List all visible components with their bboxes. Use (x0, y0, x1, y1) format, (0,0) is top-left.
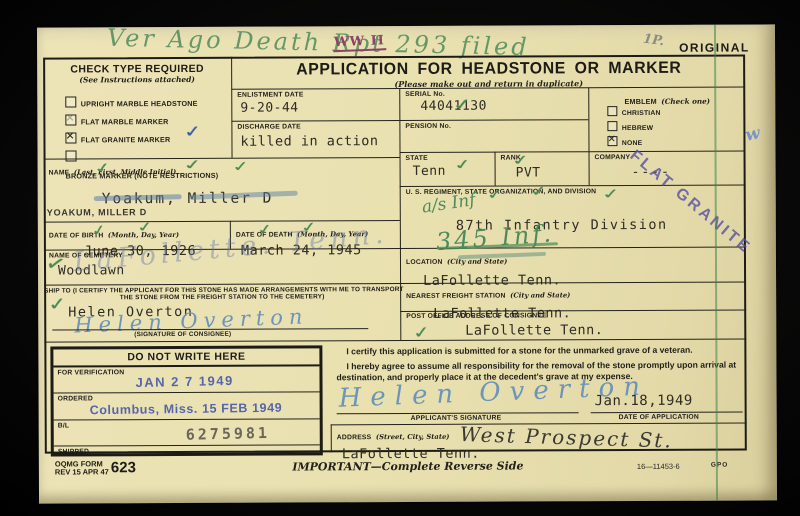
enlistment-date-value: 9-20-44 (240, 100, 399, 116)
check-type-title: CHECK TYPE REQUIRED (43, 63, 231, 76)
discharge-date-label: DISCHARGE DATE (237, 123, 399, 131)
freight-station-label: NEAREST FREIGHT STATION (406, 293, 506, 300)
form-title-block: APPLICATION FOR HEADSTONE OR MARKER (Ple… (231, 55, 745, 89)
checkbox-christian (607, 106, 617, 116)
check-type-subtitle: (See Instructions attached) (43, 75, 231, 85)
po-address-label: POST OFFICE ADDRESS OF CONSIGNEE (406, 312, 746, 320)
form-title: APPLICATION FOR HEADSTONE OR MARKER (296, 59, 681, 80)
x-mark: ✕ (607, 134, 615, 145)
field-pension-no: PENSION No. (399, 119, 588, 152)
certification-para1: I certify this application is submitted … (336, 345, 742, 357)
option-flat-granite: ✕ FLAT GRANITE MARKER (65, 129, 170, 147)
field-ship-to: SHIP TO (I CERTIFY THE APPLICANT FOR THI… (44, 283, 400, 342)
gpo-label: GPO (711, 462, 728, 469)
checkbox-none: ✕ (607, 136, 617, 146)
consignee-signature-label: (SIGNATURE OF CONSIGNEE) (134, 331, 231, 338)
location-label-note: (City and State) (447, 258, 507, 266)
checkbox-flat-marble: ✕ (65, 115, 76, 126)
applicant-signature-label: APPLICANT'S SIGNATURE (411, 415, 502, 422)
emblem-label-note: (Check one) (661, 97, 710, 106)
field-enlistment-date: ENLISTMENT DATE 9-20-44 (231, 88, 399, 121)
discharge-date-value: killed in action (240, 133, 399, 150)
serial-no-value: 44041130 (420, 98, 588, 114)
blue-checkmark: ✓ (183, 123, 203, 142)
bl-row: B/L 6275981 (54, 421, 320, 446)
checkbox-hebrew (607, 121, 617, 131)
scanned-document-stage: Ver Ago Death Rpt 293 filed WW II 1P. OR… (0, 0, 800, 516)
name-label-note: (Last, First, Middle Initial) (74, 168, 176, 176)
po-address-value: LaFollette Tenn. (465, 322, 746, 339)
company-label: COMPANY (595, 154, 746, 162)
verification-date-stamp: JAN 2 7 1949 (135, 373, 234, 390)
check-type-section: CHECK TYPE REQUIRED (See Instructions at… (43, 57, 231, 159)
green-checkmark: ✓ (600, 186, 622, 202)
name-label: NAME (49, 169, 70, 176)
field-freight-station: NEAREST FREIGHT STATION (City and State)… (400, 282, 746, 312)
freight-station-label-note: (City and State) (510, 291, 570, 299)
option-upright-marble: UPRIGHT MARBLE HEADSTONE (65, 93, 197, 112)
green-checkmark: ✓ (47, 295, 68, 316)
checkbox-flat-granite: ✕ (65, 133, 76, 144)
ww2-stamp: WW II (333, 33, 387, 52)
enlistment-date-label: ENLISTMENT DATE (237, 91, 399, 99)
headstone-application-form: Ver Ago Death Rpt 293 filed WW II 1P. OR… (37, 24, 777, 503)
serial-no-label: SERIAL No. (405, 90, 588, 98)
pencil-mark: 1P. (642, 32, 665, 50)
print-code: 16—11453-6 (637, 462, 680, 471)
green-checkmark: ✓ (231, 159, 252, 175)
ordered-row: ORDERED Columbus, Miss. 15 FEB 1949 (54, 394, 320, 420)
faint-x-mark: ✕ (65, 112, 74, 125)
checkbox-upright-marble (65, 97, 76, 108)
ordered-stamp: Columbus, Miss. 15 FEB 1949 (90, 401, 283, 418)
address-label-note: (Street, City, State) (376, 433, 450, 441)
blue-ink-scribble: w (743, 123, 762, 146)
bl-number-stamp: 6275981 (186, 424, 271, 444)
field-discharge-date: DISCHARGE DATE killed in action (231, 120, 399, 158)
application-date-value: Jan.18,1949 (595, 393, 693, 409)
application-date-label: DATE OF APPLICATION (619, 414, 699, 421)
field-state: STATE Tenn (400, 152, 495, 186)
do-not-write-title: DO NOT WRITE HERE (53, 348, 319, 367)
do-not-write-box: DO NOT WRITE HERE FOR VERIFICATION JAN 2… (50, 345, 322, 456)
name-stamped: YOAKUM, MILLER D (47, 207, 147, 217)
location-label: LOCATION (406, 259, 443, 266)
address-label: ADDRESS (337, 434, 372, 441)
shipped-label: SHIPPED (58, 447, 320, 455)
verification-row: FOR VERIFICATION JAN 2 7 1949 (53, 368, 319, 393)
field-po-address: POST OFFICE ADDRESS OF CONSIGNEE LaFolle… (400, 310, 746, 341)
pension-no-label: PENSION No. (405, 122, 588, 130)
green-checkmark: ✓ (411, 324, 432, 344)
field-address: ADDRESS (Street, City, State) LaFollette… (331, 423, 747, 453)
field-emblem: EMBLEM (Check one) CHRISTIAN HEBREW ✕ NO… (588, 87, 745, 152)
field-rank: RANK PVT (495, 151, 589, 185)
option-flat-marble: ✕ FLAT MARBLE MARKER (65, 111, 168, 129)
field-serial-no: SERIAL No. 44041130 (399, 87, 588, 120)
x-mark: ✕ (65, 130, 74, 143)
